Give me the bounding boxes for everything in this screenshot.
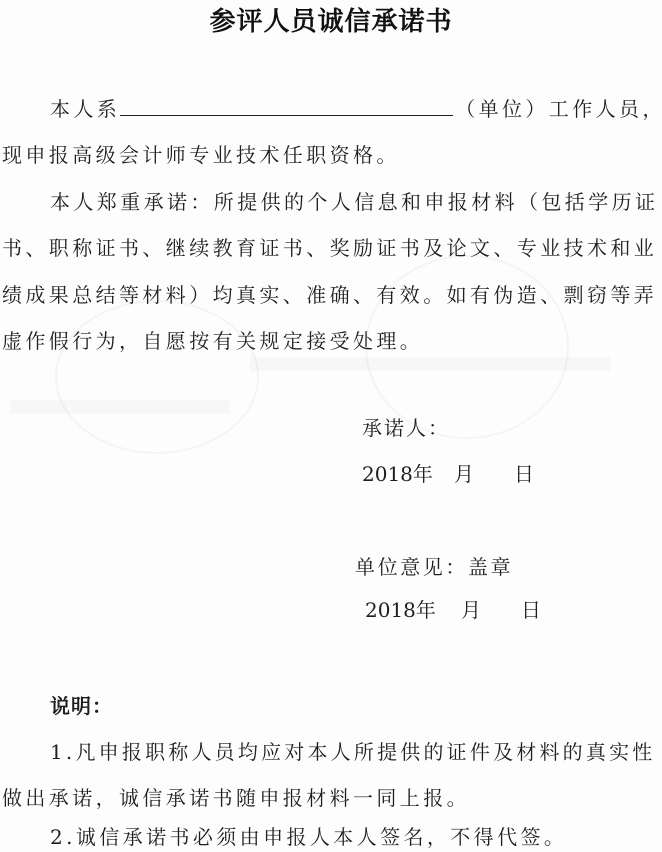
pledger-label: 承诺人： [362, 414, 450, 442]
note-item: 2.诚信承诺书必须由申报人本人签名，不得代签。 [50, 823, 567, 851]
bleed-through-stamp-left [55, 300, 259, 454]
unit-date-month: 月 [461, 596, 521, 624]
pledger-date-day: 日 [514, 460, 534, 488]
pledge-line: 虚作假行为，自愿按有关规定接受处理。 [2, 327, 423, 355]
intro-suffix: （单位）工作人员， [455, 97, 662, 121]
bleed-through-text-band [10, 400, 230, 414]
note-item: 做出承诺，诚信承诺书随申报材料一同上报。 [2, 784, 470, 812]
pledger-date-year: 2018年 [362, 460, 454, 488]
intro-line-2: 现申报高级会计师专业技术任职资格。 [2, 141, 400, 169]
unit-date: 2018年月日 [365, 596, 541, 624]
bleed-through-text-band [250, 357, 610, 371]
notes-heading: 说明： [50, 692, 113, 720]
document-page: 参评人员诚信承诺书 本人系（单位）工作人员， 现申报高级会计师专业技术任职资格。… [0, 0, 662, 852]
pledger-date-month: 月 [454, 460, 514, 488]
pledge-line: 绩成果总结等材料）均真实、准确、有效。如有伪造、剽窃等弄 [2, 281, 657, 309]
intro-line-1: 本人系（单位）工作人员， [50, 95, 662, 123]
pledger-date: 2018年月日 [362, 460, 534, 488]
pledge-line: 书、职称证书、继续教育证书、奖励证书及论文、专业技术和业 [2, 234, 657, 262]
document-title: 参评人员诚信承诺书 [0, 2, 662, 42]
intro-prefix: 本人系 [50, 97, 120, 121]
unit-date-year: 2018年 [365, 596, 461, 624]
pledge-line: 本人郑重承诺：所提供的个人信息和申报材料（包括学历证 [50, 188, 658, 216]
unit-date-day: 日 [521, 596, 541, 624]
note-item: 1.凡申报职称人员均应对本人所提供的证件及材料的真实性 [50, 738, 655, 766]
unit-opinion-label: 单位意见：盖章 [355, 553, 513, 581]
unit-name-field[interactable] [120, 95, 453, 116]
